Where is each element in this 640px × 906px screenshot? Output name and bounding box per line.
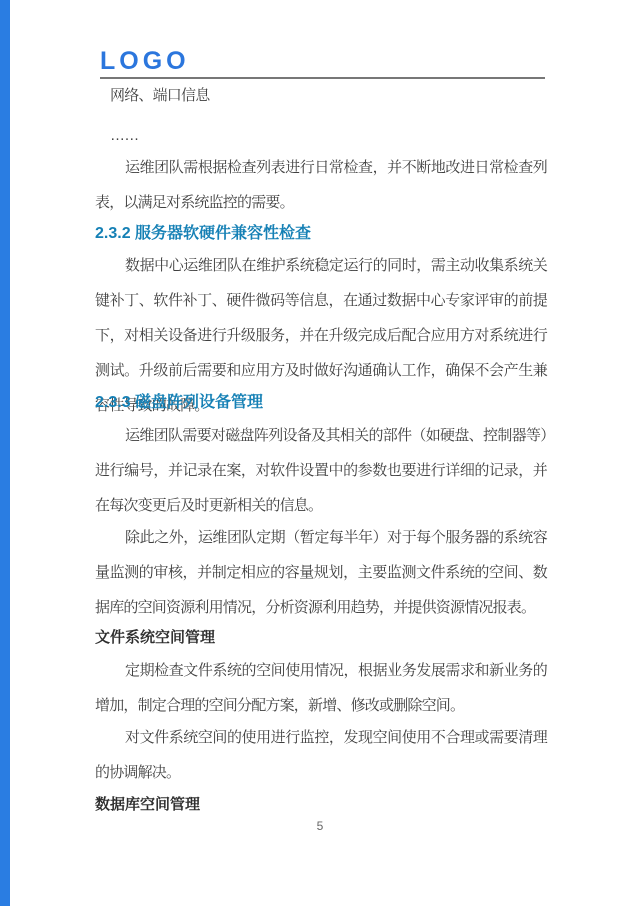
paragraph-daily-inspection: 运维团队需根据检查列表进行日常检查，并不断地改进日常检查列表，以满足对系统监控的…	[95, 150, 547, 220]
subheading-filesystem-space: 文件系统空间管理	[95, 620, 547, 655]
paragraph-capacity-monitoring: 除此之外，运维团队定期（暂定每半年）对于每个服务器的系统容量监测的审核，并制定相…	[95, 520, 547, 625]
company-logo: LOGO	[100, 48, 190, 75]
page-number: 5	[0, 818, 640, 834]
paragraph-space-allocation: 定期检查文件系统的空间使用情况，根据业务发展需求和新业务的增加，制定合理的空间分…	[95, 653, 547, 723]
body-line-ellipsis: ……	[95, 118, 547, 153]
paragraph-space-usage-monitoring: 对文件系统空间的使用进行监控，发现空间使用不合理或需要清理的协调解决。	[95, 720, 547, 790]
section-heading-2-3-2: 2.3.2 服务器软硬件兼容性检查	[95, 216, 547, 251]
document-page: LOGO 网络、端口信息 …… 运维团队需根据检查列表进行日常检查，并不断地改进…	[0, 0, 640, 906]
paragraph-disk-array-numbering: 运维团队需要对磁盘阵列设备及其相关的部件（如硬盘、控制器等）进行编号，并记录在案…	[95, 418, 547, 523]
left-accent-bar	[0, 0, 10, 906]
subheading-database-space: 数据库空间管理	[95, 787, 547, 822]
section-heading-2-3-3: 2.3.3 磁盘阵列设备管理	[95, 385, 547, 420]
body-line-network-port-info: 网络、端口信息	[95, 78, 547, 113]
